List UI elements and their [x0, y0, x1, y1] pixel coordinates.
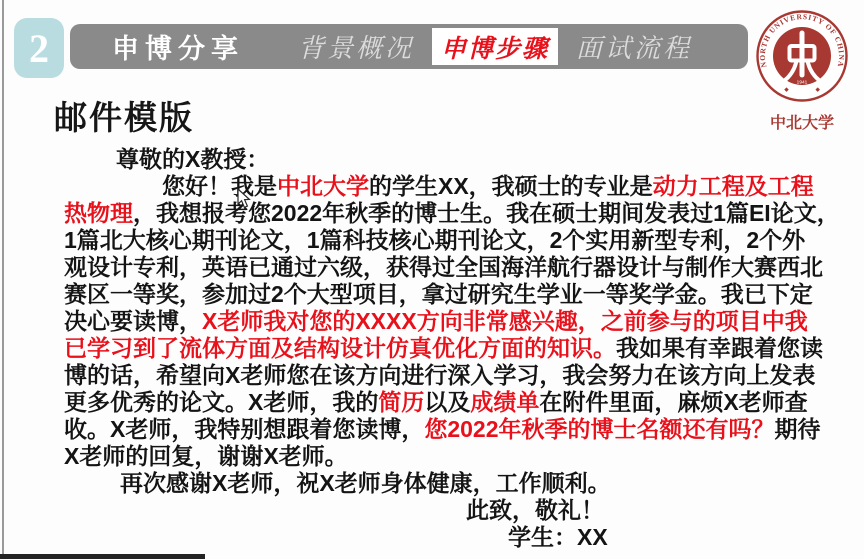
tab-2[interactable]: 申博步骤	[432, 28, 558, 65]
email-text-segment: 博的话，希望向X老师您在该方向进行深入学习，我会努力在该方向上发表	[64, 362, 815, 388]
email-text-segment: 成绩单	[470, 389, 539, 415]
email-text-segment: 再次感谢X老师，祝X老师身体健康，工作顺利。	[120, 470, 611, 496]
header-tabs: 背景概况申博步骤面试流程	[284, 28, 706, 65]
email-text-segment: 尊敬的X教授：	[116, 146, 269, 172]
email-line: 更多优秀的论文。X老师，我的简历以及成绩单在附件里面，麻烦X老师查	[64, 389, 850, 416]
email-line: 决心要读博，X老师我对您的XXXX方向非常感兴趣，之前参与的项目中我	[64, 308, 850, 335]
email-text-segment: 决心要读博，	[64, 308, 202, 334]
university-seal-logo: NORTH UNIVERSITY OF CHINA 1941 中北大学	[744, 2, 860, 134]
bottom-edge-bar	[0, 554, 205, 559]
email-text-segment: 简历	[378, 389, 424, 415]
email-text-segment: X老师我对您的XXXX方向非常感兴趣，之前参与的项目中我	[202, 308, 808, 334]
tab-1[interactable]: 背景概况	[284, 28, 428, 65]
email-text-segment: 更多优秀的论文。X老师，我的	[64, 389, 378, 415]
email-text-segment: 您2022年秋季的博士名额还有吗？	[424, 416, 774, 442]
email-line: 博的话，希望向X老师您在该方向进行深入学习，我会努力在该方向上发表	[64, 362, 850, 389]
page-title: 邮件模版	[54, 92, 194, 139]
email-text-segment: 此致，敬礼！	[466, 497, 604, 523]
email-line: 1篇北大核心期刊论文，1篇科技核心期刊论文，2个实用新型专利，2个外	[64, 227, 850, 254]
email-text-segment: 动力工程及工程	[653, 173, 814, 199]
email-line: 此致，敬礼！	[64, 497, 850, 524]
email-text-segment: 我如果有幸跟着您读	[616, 335, 823, 361]
email-line: 已学习到了流体方面及结构设计仿真优化方面的知识。我如果有幸跟着您读	[64, 335, 850, 362]
email-text-segment: 期待	[775, 416, 821, 442]
email-line: 热物理，我想报考您2022年秋季的博士生。我在硕士期间发表过1篇EI论文，	[64, 200, 850, 227]
email-body: 尊敬的X教授：您好！我是中北大学的学生XX，我硕士的专业是动力工程及工程热物理，…	[64, 146, 850, 551]
email-line: X老师的回复，谢谢X老师。	[64, 443, 850, 470]
email-line: 您好！我是中北大学的学生XX，我硕士的专业是动力工程及工程	[64, 173, 850, 200]
email-text-segment: 观设计专利，英语已通过六级，获得过全国海洋航行器设计与制作大赛西北	[64, 254, 823, 280]
email-text-segment: 热物理	[64, 200, 133, 226]
email-text-segment: 学生：XX	[508, 524, 608, 550]
email-text-segment: 赛区一等奖，参加过2个大型项目，拿过研究生学业一等奖学金。我已下定	[64, 281, 813, 307]
email-line: 尊敬的X教授：	[64, 146, 850, 173]
slide-number-badge: 2	[14, 18, 64, 78]
email-text-segment: 在附件里面，麻烦X老师查	[539, 389, 807, 415]
email-text-segment: 已学习到了流体方面及结构设计仿真优化方面的知识。	[64, 335, 616, 361]
seal-year: 1941	[797, 80, 808, 86]
email-text-segment: 以及	[424, 389, 470, 415]
seal-caption: 中北大学	[770, 113, 834, 132]
mouse-cursor	[237, 188, 252, 209]
header-title: 申博分享	[112, 27, 244, 66]
email-text-segment: 您好！我是	[162, 173, 277, 199]
email-text-segment: 中北大学	[277, 173, 369, 199]
email-line: 学生：XX	[64, 524, 850, 551]
email-line: 收。X老师，我特别想跟着您读博，您2022年秋季的博士名额还有吗？期待	[64, 416, 850, 443]
slide-number: 2	[29, 25, 49, 72]
email-text-segment: 的学生XX，我硕士的专业是	[369, 173, 653, 199]
email-text-segment: 收。X老师，我特别想跟着您读博，	[64, 416, 424, 442]
email-text-segment: 1篇北大核心期刊论文，1篇科技核心期刊论文，2个实用新型专利，2个外	[64, 227, 805, 253]
tab-3[interactable]: 面试流程	[562, 28, 706, 65]
email-line: 再次感谢X老师，祝X老师身体健康，工作顺利。	[64, 470, 850, 497]
email-line: 观设计专利，英语已通过六级，获得过全国海洋航行器设计与制作大赛西北	[64, 254, 850, 281]
email-text-segment: X老师的回复，谢谢X老师。	[64, 443, 348, 469]
slide-left-border	[2, 0, 4, 559]
header-bar: 申博分享 背景概况申博步骤面试流程	[70, 24, 748, 69]
email-line: 赛区一等奖，参加过2个大型项目，拿过研究生学业一等奖学金。我已下定	[64, 281, 850, 308]
